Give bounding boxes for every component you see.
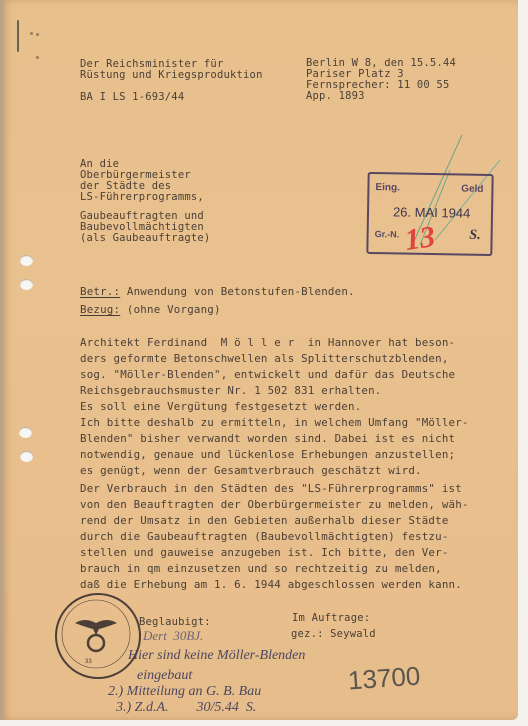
certified-signature: Dert 30BJ. xyxy=(143,628,203,644)
recipient-line: LS-Führerprogramms, xyxy=(80,192,204,204)
body-line: Ich bitte deshalb zu ermitteln, in welch… xyxy=(80,415,469,431)
certified-label: Beglaubigt: xyxy=(139,617,211,629)
body-line: durch die Gaubeauftragten (Baubevollmäch… xyxy=(80,529,449,545)
reference-label: Bezug: xyxy=(80,303,120,316)
body-line: Der Verbrauch in den Städten des "LS-Füh… xyxy=(80,481,462,497)
punch-hole-icon xyxy=(20,255,33,266)
subject-line: Betr.: Anwendung von Betonstufen-Blenden… xyxy=(80,284,355,300)
body-line: ders geformte Betonschwellen als Splitte… xyxy=(80,351,449,367)
stamp-initial: S. xyxy=(469,228,481,244)
body-line: Architekt Ferdinand M ö l l e r in Hanno… xyxy=(80,335,455,351)
body-line: sog. "Möller-Blenden", entwickelt und da… xyxy=(80,367,455,383)
handwritten-note-line: 2.) Mitteilung an G. B. Bau xyxy=(108,684,261,700)
handwritten-note-line: Hier sind keine Möller-Blenden xyxy=(128,648,305,664)
body-line: es genügt, wenn der Gesamtverbrauch gesc… xyxy=(80,463,422,479)
letter-page: Der Reichsminister für Rüstung und Krieg… xyxy=(0,0,518,720)
staple-icon xyxy=(17,20,19,52)
body-line: notwendig, genaue und lückenlose Erhebun… xyxy=(80,447,455,463)
stamp-top-left: Eing. xyxy=(375,182,400,193)
signed-name: gez.: Seywald xyxy=(291,629,376,641)
staple-hole-icon xyxy=(36,33,39,36)
punch-hole-icon xyxy=(19,427,32,438)
handwritten-note-line: 3.) Z.d.A. 30/5.44 S. xyxy=(116,700,256,716)
stamp-top-right: Geld xyxy=(461,184,483,195)
page-edge-shadow xyxy=(0,0,6,720)
body-line: daß die Erhebung am 1. 6. 1944 abgeschlo… xyxy=(80,577,462,593)
body-line: brauch in qm einzusetzen und so rechtzei… xyxy=(80,561,442,577)
seal-eagle-icon xyxy=(55,593,137,675)
subject-label: Betr.: xyxy=(80,285,120,298)
order-label: Im Auftrage: xyxy=(292,613,370,625)
stamp-date: 26. MAI 1944 xyxy=(393,204,471,220)
body-line: Es soll eine Vergütung festgesetzt werde… xyxy=(80,399,361,415)
reference-number: BA I LS 1-693/44 xyxy=(80,92,184,104)
reference-line: Bezug: (ohne Vorgang) xyxy=(80,302,221,318)
body-line: Blenden" bisher verwandt worden sind. Da… xyxy=(80,431,455,447)
body-line: rend der Umsatz in den Gebieten außerhal… xyxy=(80,513,449,529)
subject-text: Anwendung von Betonstufen-Blenden. xyxy=(127,285,355,298)
punch-hole-icon xyxy=(20,451,33,462)
staple-hole-icon xyxy=(30,32,33,35)
sender-line-2: Rüstung und Kriegsproduktion xyxy=(80,70,263,82)
stamp-bottom-left: Gr.-N. xyxy=(375,229,400,239)
recipient-line: (als Gaubeauftragte) xyxy=(80,233,210,245)
reference-text: (ohne Vorgang) xyxy=(127,303,221,316)
seal-number: 33 xyxy=(85,659,92,665)
pencil-number: 13700 xyxy=(347,661,421,697)
punch-hole-icon xyxy=(20,279,33,290)
body-line: stellen und gauweise anzugeben ist. Ich … xyxy=(80,545,449,561)
extension: App. 1893 xyxy=(306,91,365,103)
red-number: 13 xyxy=(403,220,437,258)
body-line: Reichsgebrauchsmuster Nr. 1 502 831 erha… xyxy=(80,383,382,399)
handwritten-note-line: eingebaut xyxy=(137,668,192,684)
body-line: von den Beauftragten der Oberbürgermeist… xyxy=(80,497,469,513)
official-seal: 33 xyxy=(55,593,141,679)
staple-hole-icon xyxy=(36,56,39,59)
